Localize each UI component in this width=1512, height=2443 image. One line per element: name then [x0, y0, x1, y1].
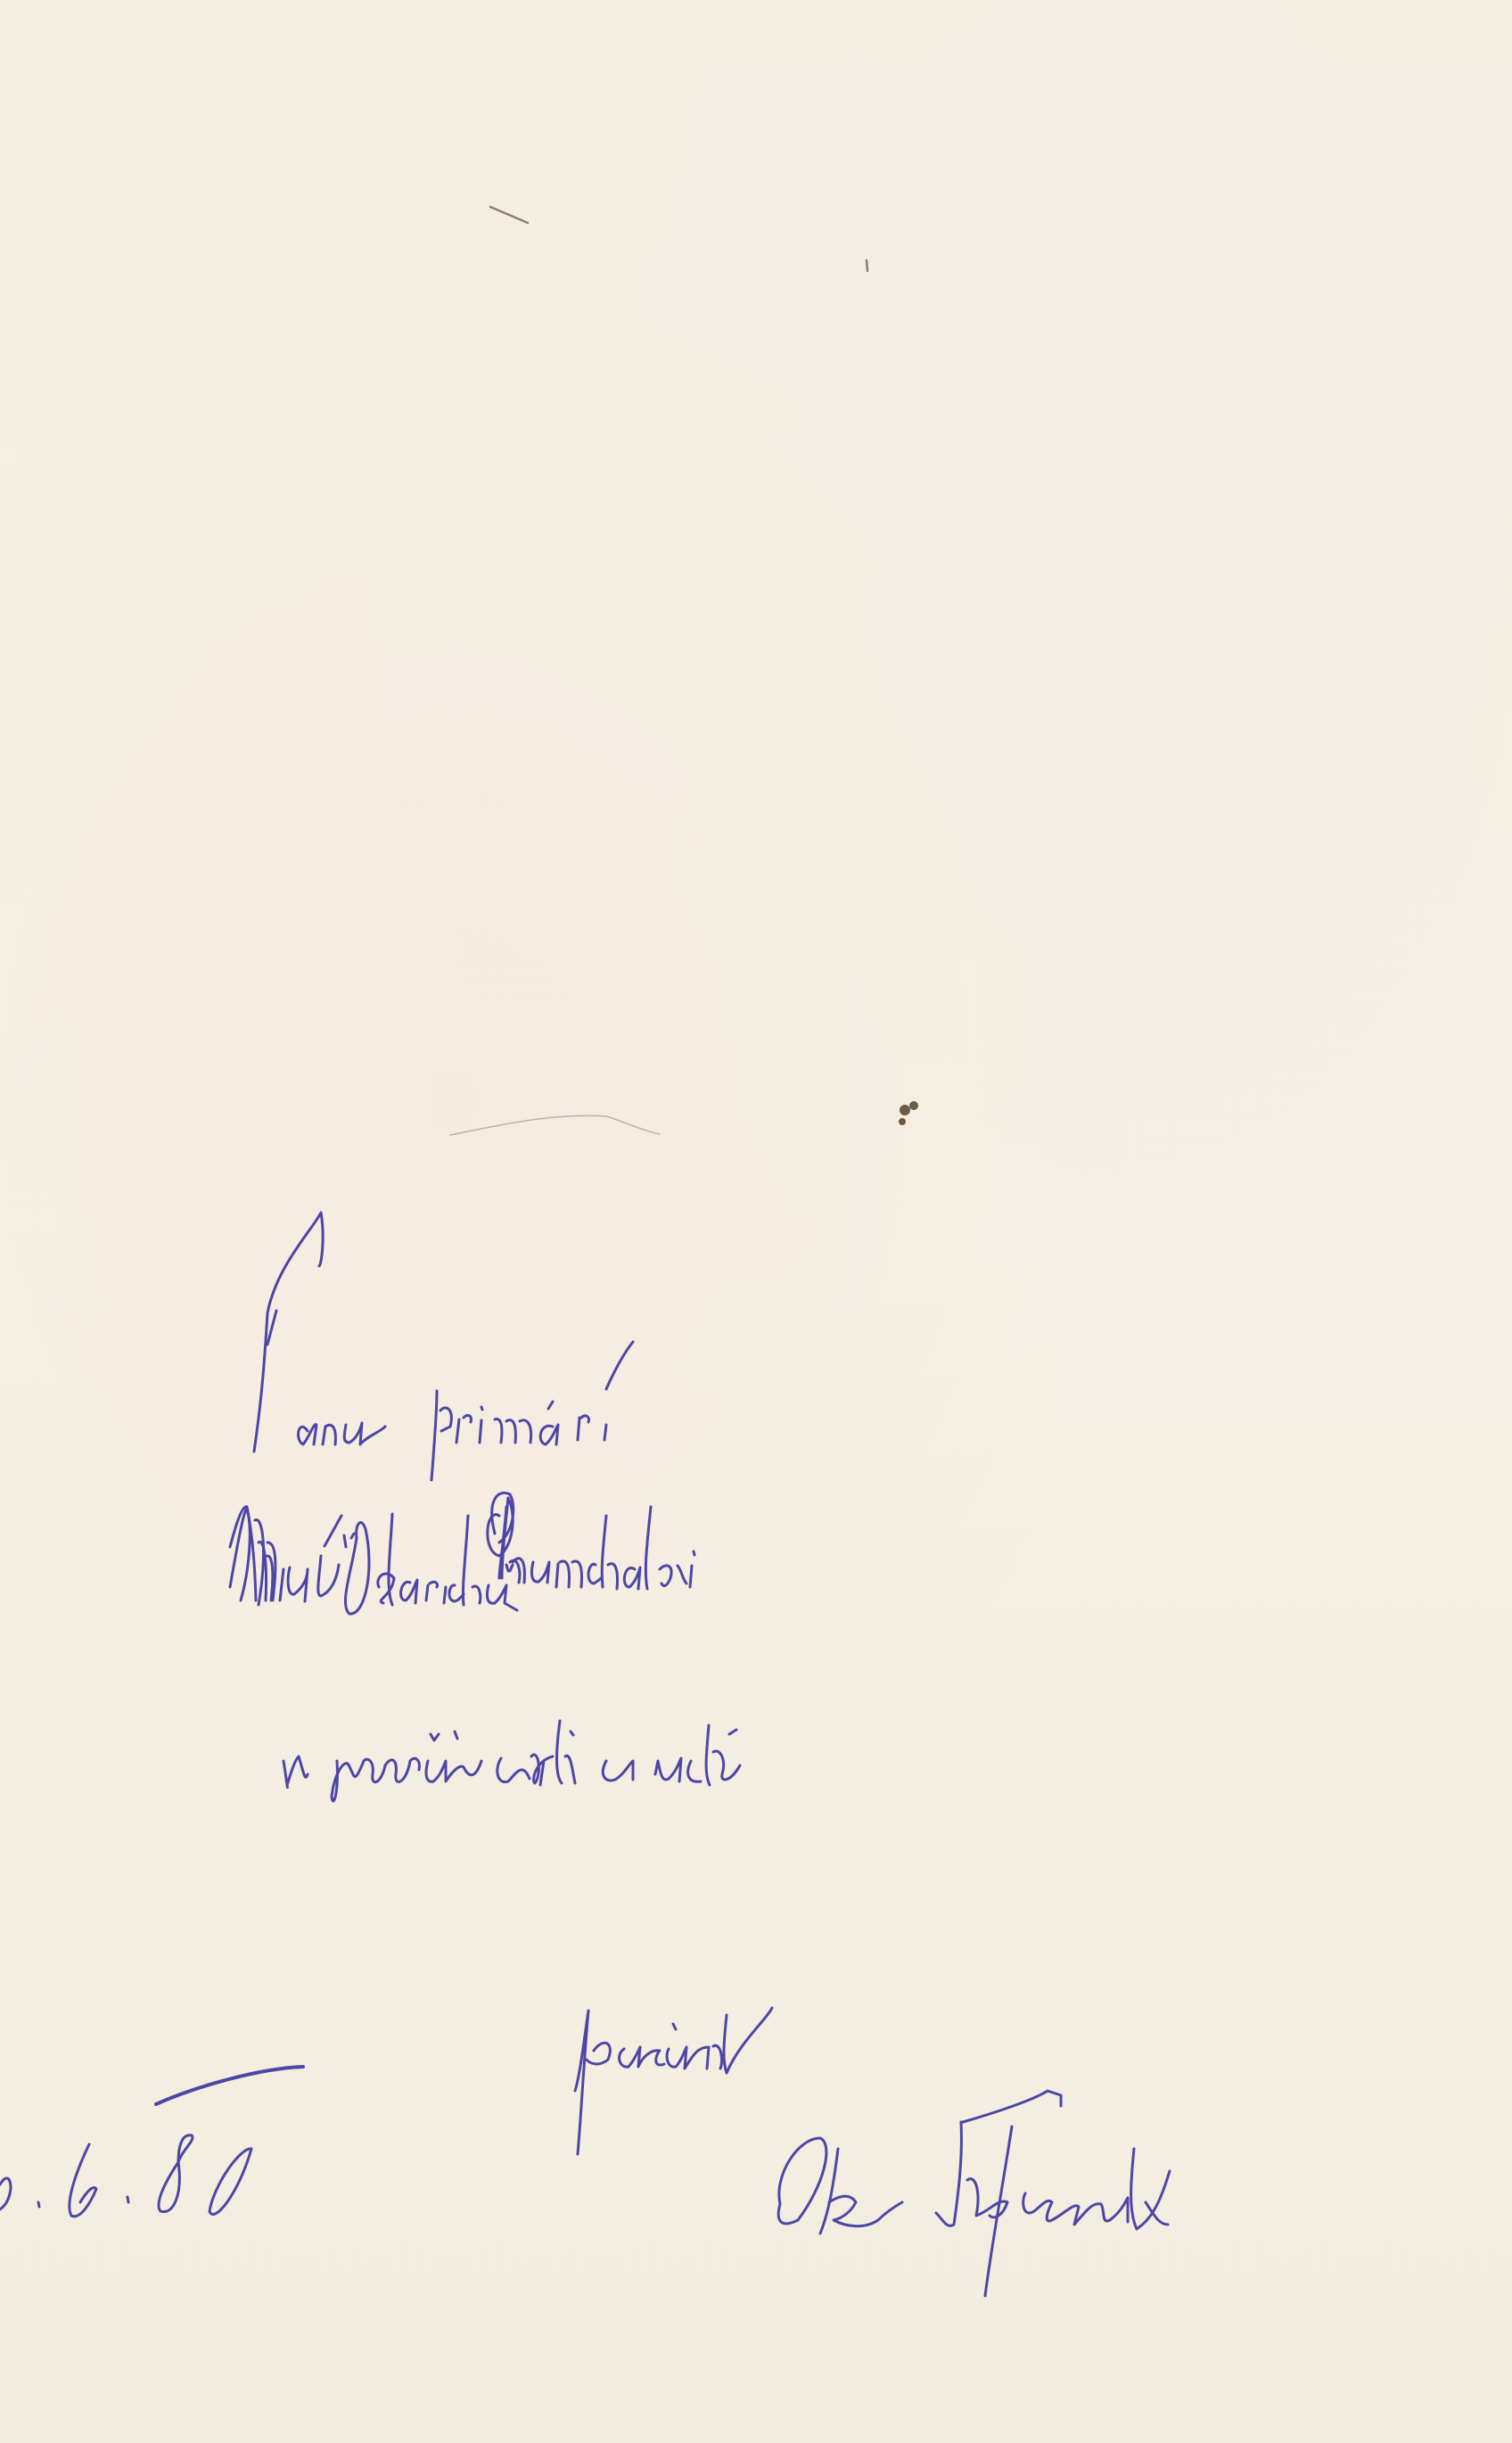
pencil-hairline — [450, 1115, 660, 1135]
recipient-text: MUDr Oldřichu Chumchalovi — [236, 1498, 1293, 1581]
date-text: …6.80 — [0, 2140, 230, 2223]
paper-spot — [899, 1101, 918, 1125]
message-text: ve vděčnosti a úctě — [281, 1694, 889, 1767]
signature-text: Ota Šafránek — [767, 2131, 1304, 2225]
salutation-text: Panu primáři — [267, 1337, 739, 1420]
stray-mark-top — [490, 207, 528, 223]
sender-role-text: pacient — [571, 2006, 805, 2079]
